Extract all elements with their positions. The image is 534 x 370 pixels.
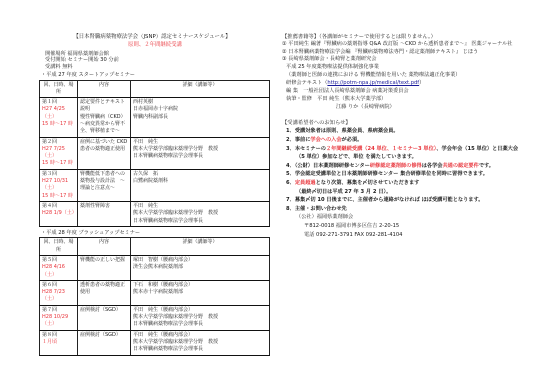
detail-cell: 塚田 智樹（腰痛内部会）済生会熊本病院薬剤部 xyxy=(131,255,270,280)
content-cell: 透析患者の薬物適正使用 xyxy=(78,280,131,305)
content-line: 理論と注意点～ xyxy=(80,185,128,192)
notice-number: 2． xyxy=(286,137,295,143)
content-line: 症例検討（SGD） xyxy=(80,332,128,339)
notice-text: 学会認定受講単位と日本薬剤師研修センター 集合研修単位を同時に習得できます。 xyxy=(295,171,488,177)
notice-text: です。 xyxy=(479,163,494,169)
session-number: 第１回 xyxy=(42,99,75,106)
notice-number: 7． xyxy=(286,197,295,203)
reference-3-supervisor: 執筆・監修 平田 純生（熊本大学薬学部） xyxy=(278,96,520,104)
fee-line: 受講料 無料 xyxy=(45,64,271,71)
notice-emphasis: 研修認定薬剤師の修得 xyxy=(370,163,422,169)
session-date: H27 7/25（土） xyxy=(42,146,75,161)
deadline-note: （最終〆切日は平成 27 年 3 月 2 日）。 xyxy=(278,188,520,197)
detail-line: 熊本赤十字病院薬剤部 xyxy=(133,289,267,296)
header-content: 内容 xyxy=(78,238,131,256)
table-row: 第６回H28 7/23（土）透析患者の薬物適正使用下石 和樹（腰痛内部会）熊本赤… xyxy=(40,280,270,305)
notice-text: となり次第、募集を〆切させていただきます xyxy=(316,180,420,186)
detail-cell: 平田 純生（腰痛内部会）熊本大学薬学部臨床薬理学分野 教授日本腎臓病薬物療法学会… xyxy=(131,305,270,330)
session-number: 第２回 xyxy=(42,139,75,146)
session-cell: 第５回H28 4/16（土） xyxy=(40,255,78,280)
notice-text: 本セミナーの xyxy=(295,146,326,152)
section-brushup: ・平成 28 年度 ブラッシュアップセミナー xyxy=(41,230,271,237)
table-header: 回、日時、場所 内容 詳細（講師等） xyxy=(40,80,270,98)
detail-cell: 西村英樹日赤福岡赤十字病院腎臓内科副部長 xyxy=(131,98,270,137)
detail-line: 白鷺病院薬剤科 xyxy=(133,178,267,185)
detail-line: 日本腎臓病薬物療法学会理事長 xyxy=(133,346,267,353)
session-number: 第７回 xyxy=(42,307,75,314)
table-row: 第５回H28 4/16（土）腎機能の正しい把握塚田 智樹（腰痛内部会）済生会熊本… xyxy=(40,255,270,280)
session-cell: 第４回H28 1/9（土） xyxy=(40,201,78,226)
content-cell: 腎機能低下患者への薬物投与設計法 ～理論と注意点～ xyxy=(78,169,131,201)
document-title: 【日本腎臓病薬物療法学会（JSNP）認定セミナースケジュール】 xyxy=(33,34,271,41)
notice-number: 5． xyxy=(286,171,295,177)
notice-number: 8． xyxy=(286,206,295,212)
header-date: 回、日時、場所 xyxy=(40,80,78,98)
content-cell: 症例検討（SGD） xyxy=(78,305,131,330)
content-cell: 腎機能の正しい把握 xyxy=(78,255,131,280)
content-cell: 症例に基づいた CKD患者の薬物適正使用 xyxy=(78,137,131,169)
content-line: 説明 xyxy=(80,106,128,113)
notice-item: 5．学会認定受講単位と日本薬剤師研修センター 集合研修単位を同時に習得できます。 xyxy=(278,170,520,179)
session-date: H27 10/31（土） xyxy=(42,178,75,193)
reference-1: ① 平田純生 編著『腎臓病の薬剤指導 Q&A 改訂版 ～CKD から透析患者まで… xyxy=(278,41,520,49)
contact-block: （公社）福岡県薬剤師会 〒812-0018 福岡市博多区住吉 2-20-15 電… xyxy=(278,213,520,239)
reference-3-text-link-line: 研修会テキスト（http://potm-npa.jp/medical/text.… xyxy=(278,80,520,88)
notice-number: 4． xyxy=(286,163,295,169)
content-cell: 認定要件とテキスト説明慢性腎臓病（CKD）～病変異常から腎不全、腎移植まで～ xyxy=(78,98,131,137)
session-number: 第６回 xyxy=(42,282,75,289)
notice-text: が必須。 xyxy=(342,137,363,143)
detail-cell: 下石 和樹（腰痛内部会）熊本赤十字病院薬剤部 xyxy=(131,280,270,305)
detail-line: 平田 純生（腰痛内部会） xyxy=(133,307,267,314)
notice-item: 6．定員超過となり次第、募集を〆切させていただきます xyxy=(278,179,520,188)
content-cell: 薬剤性腎障害 xyxy=(78,201,131,226)
detail-line: 古久保 拓 xyxy=(133,171,267,178)
content-line: 腎機能の正しい把握 xyxy=(80,257,128,264)
reference-3-description: （薬剤師と医師の連携における 腎機能情報を用いた 薬物療法適正化事業） xyxy=(278,72,520,80)
detail-line: 平田 純生 xyxy=(133,139,267,146)
detail-cell: 平田 純生（腰痛内部会）熊本大学薬学部臨床薬理学分野 教授日本腎臓病薬物療法学会… xyxy=(131,330,270,355)
session-time: 15 時～17 時 xyxy=(42,121,75,128)
session-cell: 第８回１月頃 xyxy=(40,330,78,355)
notice-text: は各学会 xyxy=(422,163,443,169)
header-content: 内容 xyxy=(78,80,131,98)
session-date: H28 10/29（土） xyxy=(42,314,75,329)
session-date: H28 1/9（土） xyxy=(42,210,75,217)
session-date: H27 4/25（土） xyxy=(42,106,75,121)
header-date: 回、日時、場所 xyxy=(40,238,78,256)
content-line: 薬剤性腎障害 xyxy=(80,203,128,210)
notice-text: 主催・お問い合わせ先 xyxy=(295,206,347,212)
notice-item: 1．受講対象者は原則、県薬会員、県病薬会員。 xyxy=(278,127,520,136)
table-header: 回、日時、場所 内容 詳細（講師等） xyxy=(40,238,270,256)
content-line: 使用 xyxy=(80,289,128,296)
table-row: 第１回H27 4/25（土）15 時～17 時認定要件とテキスト説明慢性腎臓病（… xyxy=(40,98,270,137)
content-line: 患者の薬物適正使用 xyxy=(80,146,128,153)
notice-item: 2．事前に学会への入会が必須。 xyxy=(278,136,520,145)
header-detail: 詳細（講師等） xyxy=(131,238,270,256)
session-cell: 第６回H28 7/23（土） xyxy=(40,280,78,305)
detail-cell: 古久保 拓白鷺病院薬剤科 xyxy=(131,169,270,201)
notice-text: （公財）日本薬剤師研修センター xyxy=(295,163,370,169)
notice-number: 6． xyxy=(286,180,295,186)
session-date: H28 4/16（土） xyxy=(42,264,75,279)
notice-emphasis: ２年間継続受講（24 単位、１セミナー3 単位） xyxy=(326,146,436,152)
content-line: 症例に基づいた CKD xyxy=(80,139,128,146)
session-cell: 第７回H28 10/29（土） xyxy=(40,305,78,330)
session-cell: 第３回H27 10/31（土）15 時～17 時 xyxy=(40,169,78,201)
detail-line: 済生会熊本病院薬剤部 xyxy=(133,264,267,271)
notice-emphasis: 学会への入会 xyxy=(310,137,341,143)
notice-emphasis: 定員超過 xyxy=(295,180,316,186)
detail-line: 日本腎臓病薬物療法学会理事長 xyxy=(133,218,267,225)
notice-item: 8．主催・お問い合わせ先 xyxy=(278,205,520,214)
contact-phone: 電話 092-271-3791 FAX 092-281-4104 xyxy=(278,231,520,240)
reference-3-editor: 編 集 一般社団法人長崎県薬剤師会 病薬対策委員会 xyxy=(278,88,520,96)
detail-cell: 平田 純生熊本大学薬学部臨床薬理学分野 教授日本腎臓病薬物療法学会理事長 xyxy=(131,137,270,169)
notice-item: 7．募集〆切 10 日後までに、主催者から連絡がなければ ほぼ受講可能となります… xyxy=(278,196,520,205)
detail-line: 日本腎臓病薬物療法学会理事長 xyxy=(133,321,267,328)
contact-org: （公社）福岡県薬剤師会 xyxy=(278,213,520,222)
detail-line: 日赤福岡赤十字病院 xyxy=(133,106,267,113)
info-column: 【推薦書籍等】（各講師がセミナーで使用するとは限りません。） ① 平田純生 編著… xyxy=(278,34,520,239)
venue-info: 開催場所 福岡県薬剤師会館 受付開始 セミナー開始 30 分前 受講料 無料 xyxy=(45,51,271,71)
notice-text: 募集〆切 10 日後までに、主催者から連絡がなければ ほぼ受講可能となります。 xyxy=(295,197,484,203)
detail-cell: 平田 純生熊本大学薬学部臨床薬理学分野 教授日本腎臓病薬物療法学会理事長 xyxy=(131,201,270,226)
notice-text: 受講対象者は原則、県薬会員、県病薬会員。 xyxy=(295,128,399,134)
detail-line: 日本腎臓病薬物療法学会理事長 xyxy=(133,153,267,160)
session-number: 第３回 xyxy=(42,171,75,178)
session-date: １月頃 xyxy=(42,339,75,346)
session-number: 第５回 xyxy=(42,257,75,264)
table-row: 第４回H28 1/9（土）薬剤性腎障害平田 純生熊本大学薬学部臨床薬理学分野 教… xyxy=(40,201,270,226)
session-time: 15 時～17 時 xyxy=(42,193,75,200)
content-cell: 症例検討（SGD） xyxy=(78,330,131,355)
text-pdf-link[interactable]: http://potm-npa.jp/medical/text.pdf xyxy=(327,80,419,86)
table-row: 第３回H27 10/31（土）15 時～17 時腎機能低下患者への薬物投与設計法… xyxy=(40,169,270,201)
detail-line: 平田 純生（腰痛内部会） xyxy=(133,332,267,339)
session-cell: 第２回H27 7/25（土）15 時～17 時 xyxy=(40,137,78,169)
notice-item: 4．（公財）日本薬剤師研修センター研修認定薬剤師の修得は各学会共通の認定要件です… xyxy=(278,162,520,171)
session-number: 第８回 xyxy=(42,332,75,339)
reference-3-supervisor-2: 江藤 りか（長崎腎病院） xyxy=(278,104,520,112)
detail-line: 熊本大学薬学部臨床薬理学分野 教授 xyxy=(133,210,267,217)
startup-schedule-table: 回、日時、場所 内容 詳細（講師等） 第１回H27 4/25（土）15 時～17… xyxy=(39,80,270,227)
table-row: 第８回１月頃症例検討（SGD）平田 純生（腰痛内部会）熊本大学薬学部臨床薬理学分… xyxy=(40,330,270,355)
content-line: 全、腎移植まで～ xyxy=(80,128,128,135)
detail-line: 腎臓内科副部長 xyxy=(133,114,267,121)
notice-heading: 【受講希望者へのお知らせ】 xyxy=(282,120,520,127)
notice-number: 3． xyxy=(286,146,295,152)
table-row: 第７回H28 10/29（土）症例検討（SGD）平田 純生（腰痛内部会）熊本大学… xyxy=(40,305,270,330)
notice-item: 3．本セミナーの２年間継続受講（24 単位、１セミナー3 単位）、学会年会（15… xyxy=(278,145,520,162)
schedule-column: 【日本腎臓病薬物療法学会（JSNP）認定セミナースケジュール】 原則、２年間継続… xyxy=(39,34,271,356)
brushup-schedule-table: 回、日時、場所 内容 詳細（講師等） 第５回H28 4/16（土）腎機能の正しい… xyxy=(39,237,270,355)
notice-number: 1． xyxy=(286,128,295,134)
recommended-books-heading: 【推薦書籍等】（各講師がセミナーで使用するとは限りません。） xyxy=(282,34,520,41)
header-detail: 詳細（講師等） xyxy=(131,80,270,98)
session-cell: 第１回H27 4/25（土）15 時～17 時 xyxy=(40,98,78,137)
session-date: H28 7/23（土） xyxy=(42,289,75,304)
subtitle: 原則、２年間継続受講 xyxy=(39,42,271,49)
content-line: 腎機能低下患者への xyxy=(80,171,128,178)
table-row: 第２回H27 7/25（土）15 時～17 時症例に基づいた CKD患者の薬物適… xyxy=(40,137,270,169)
notice-list: 1．受講対象者は原則、県薬会員、県病薬会員。2．事前に学会への入会が必須。3．本… xyxy=(278,127,520,213)
contact-address: 〒812-0018 福岡市博多区住吉 2-20-15 xyxy=(278,222,520,231)
section-startup: ・平成 27 年度 スタートアップセミナー xyxy=(41,72,271,79)
content-line: 症例検討（SGD） xyxy=(80,307,128,314)
content-line: 慢性腎臓病（CKD） xyxy=(80,114,128,121)
session-time: 15 時～17 時 xyxy=(42,160,75,167)
notice-emphasis: 共通の認定要件 xyxy=(442,163,478,169)
notice-text: 事前に xyxy=(295,137,311,143)
